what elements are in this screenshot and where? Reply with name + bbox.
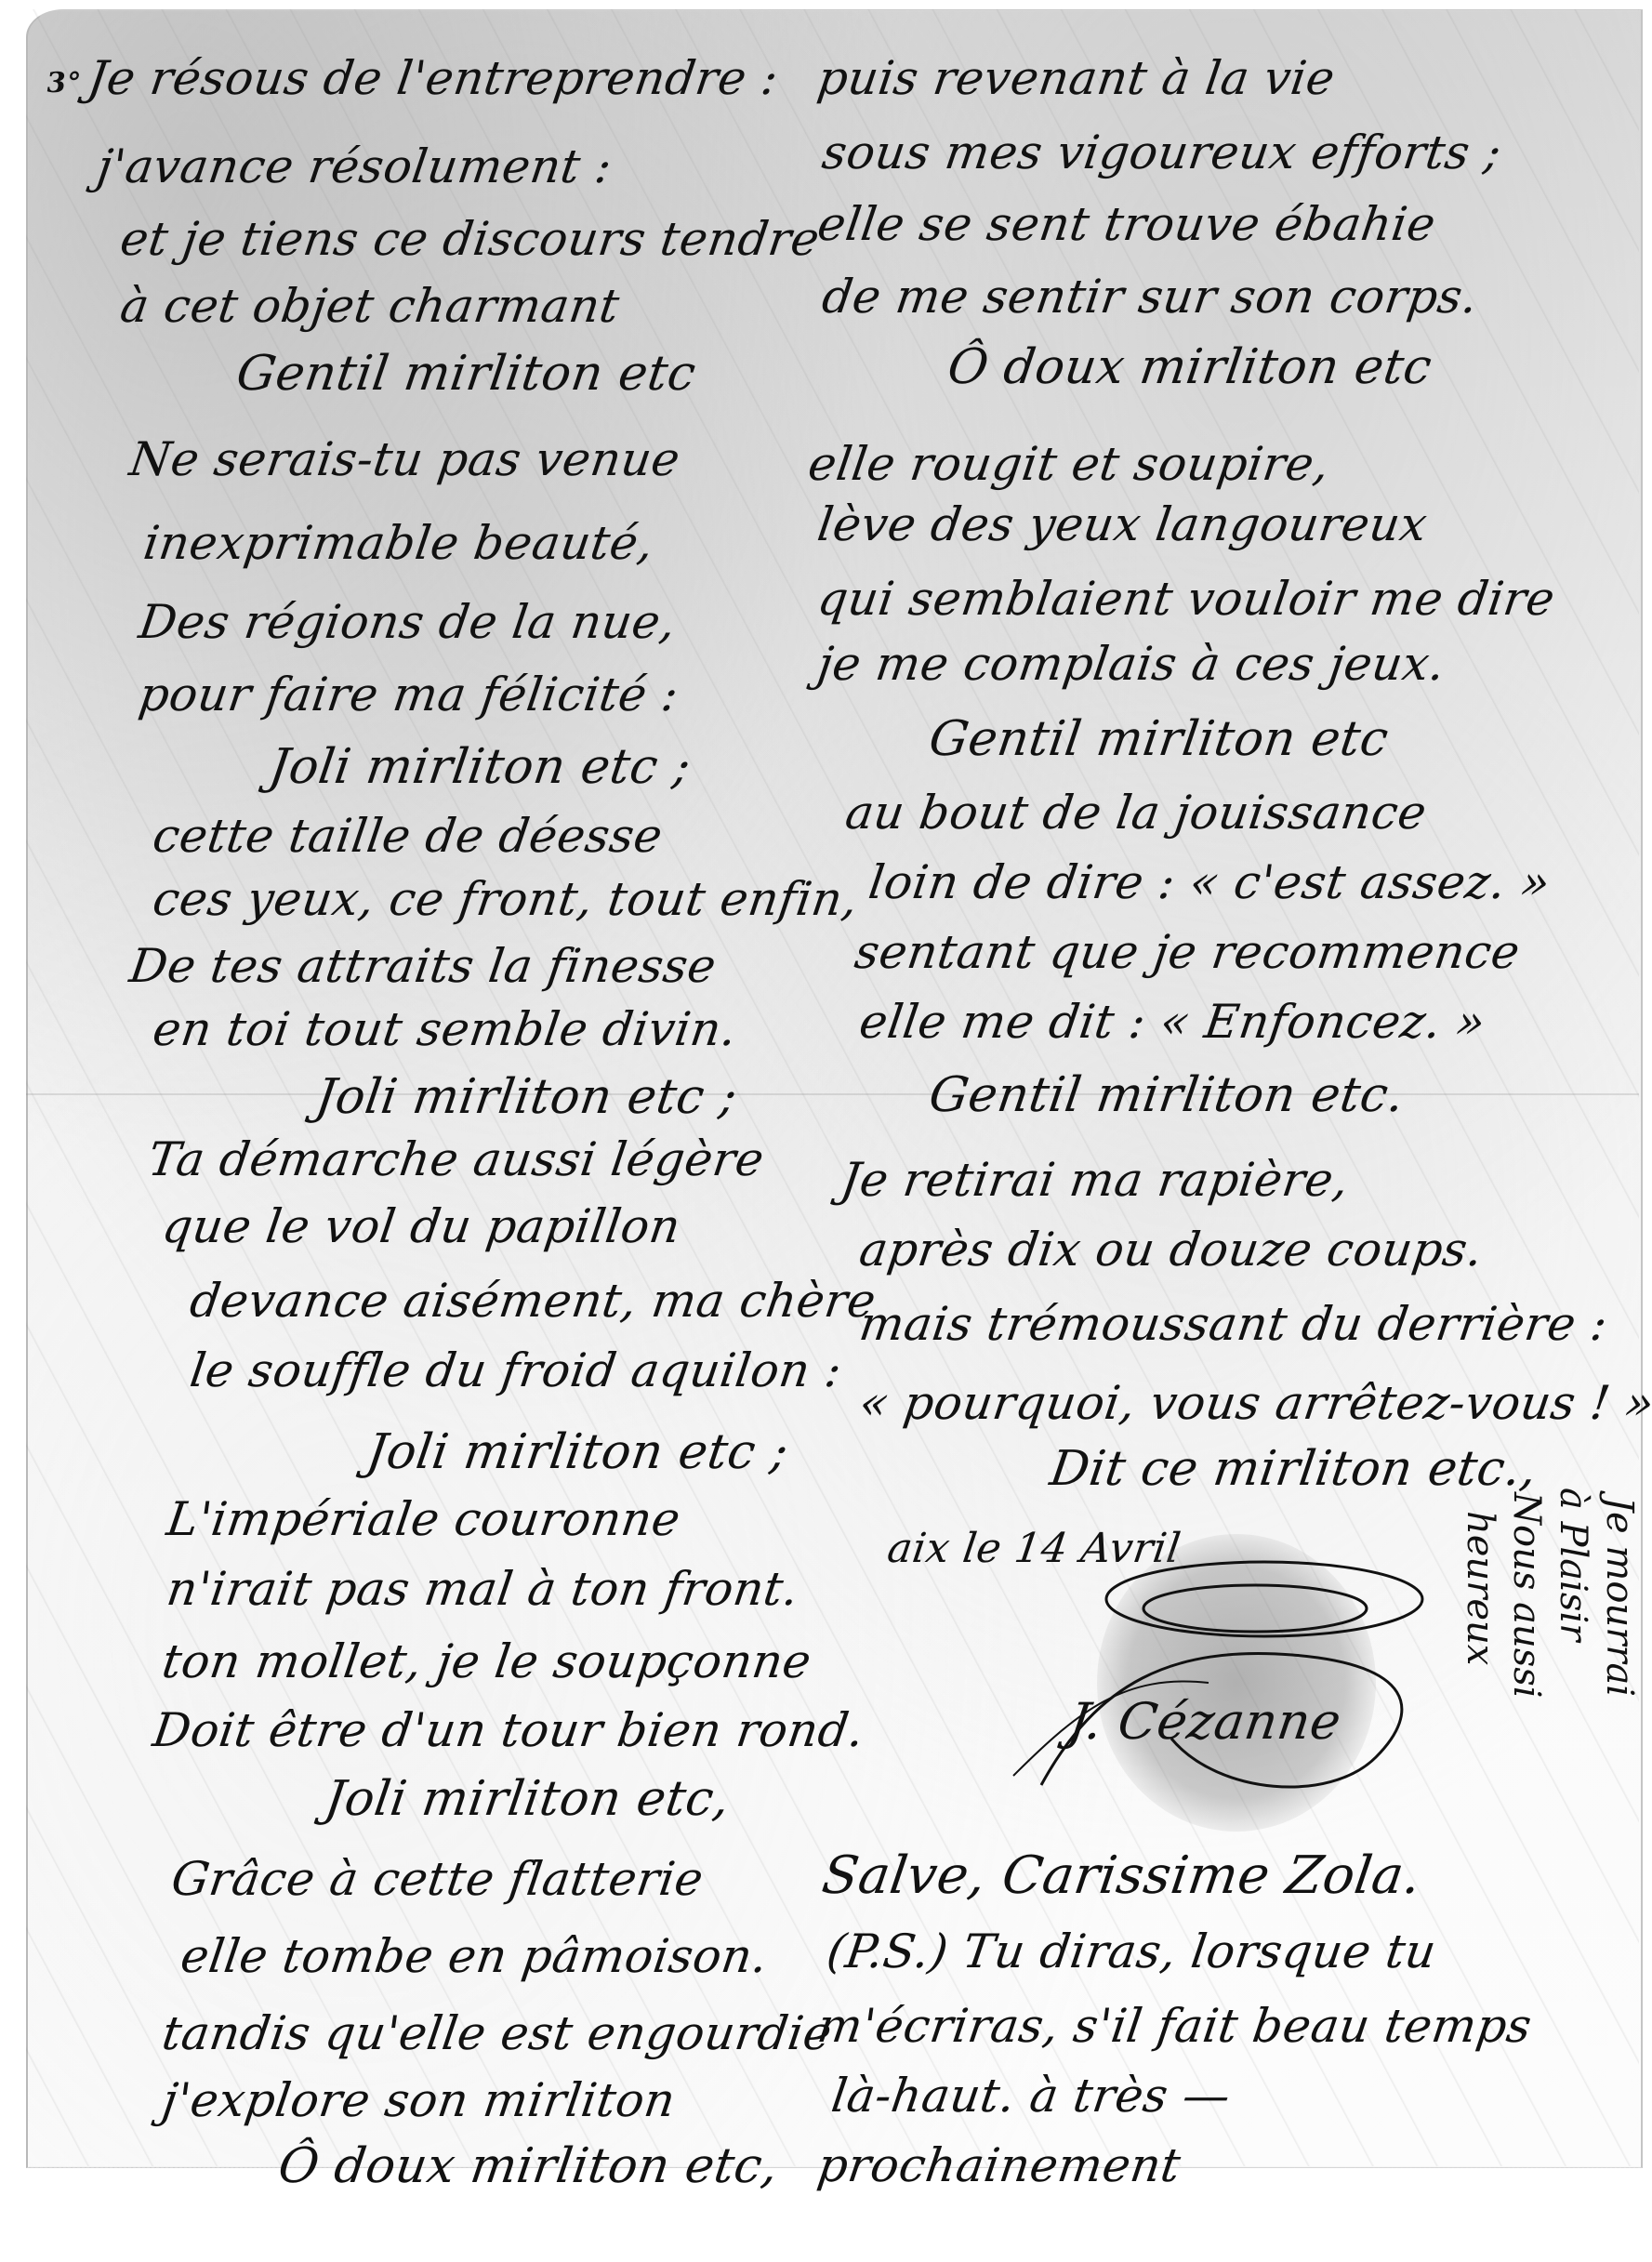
postscript-line: là-haut. à très — — [828, 2069, 1234, 2123]
postscript-greeting: Salve, Carissime Zola. — [818, 1845, 1424, 1906]
signature-flourish-icon — [985, 1543, 1469, 1804]
margin-note-line: heureux — [1459, 1511, 1501, 1665]
verse-line: puis revenant à la vie — [814, 51, 1339, 105]
refrain-line: Ô doux mirliton etc, — [275, 2138, 782, 2194]
refrain-line: Gentil mirliton etc. — [926, 1067, 1408, 1123]
refrain-line: Dit ce mirliton etc., — [1047, 1441, 1540, 1497]
verse-line: mais trémoussant du derrière : — [856, 1297, 1611, 1351]
verse-line: Ta démarche aussi légère — [145, 1132, 768, 1186]
postscript-line: prochainement — [814, 2138, 1184, 2192]
refrain-line: Joli mirliton etc ; — [363, 1424, 792, 1480]
verse-line: cette taille de déesse — [150, 809, 666, 863]
refrain-line: Ô doux mirliton etc — [945, 339, 1435, 395]
verse-line: lève des yeux langoureux — [814, 497, 1431, 551]
verse-line: elle se sent trouve ébahie — [814, 197, 1439, 251]
verse-line: elle rougit et soupire, — [805, 437, 1333, 491]
verse-line: pour faire ma félicité : — [136, 668, 682, 721]
refrain-line: Gentil mirliton etc — [233, 346, 700, 402]
verse-line: au bout de la jouissance — [842, 786, 1430, 840]
verse-line: ces yeux, ce front, tout enfin, — [150, 872, 862, 926]
verse-line: ton mollet, je le soupçonne — [159, 1634, 814, 1688]
verse-line: Ne serais-tu pas venue — [126, 432, 683, 486]
verse-line: en toi tout semble divin. — [150, 1002, 740, 1056]
verse-line: inexprimable beauté, — [140, 516, 657, 570]
postscript-line: (P.S.) Tu diras, lorsque tu — [824, 1925, 1440, 1978]
signature: J. Cézanne — [1065, 1692, 1345, 1751]
verse-line: je me complais à ces jeux. — [814, 637, 1448, 691]
verse-line: Doit être d'un tour bien rond. — [150, 1703, 867, 1757]
verse-line: le souffle du froid aquilon : — [187, 1343, 845, 1397]
refrain-line: Joli mirliton etc ; — [266, 739, 694, 795]
verse-line: j'avance résolument : — [94, 139, 615, 193]
refrain-line: Joli mirliton etc ; — [312, 1069, 741, 1125]
verse-line: à cet objet charmant — [117, 279, 623, 333]
verse-line: après dix ou douze coups. — [856, 1223, 1487, 1277]
verse-line: n'irait pas mal à ton front. — [164, 1562, 802, 1616]
verse-line: tandis qu'elle est engourdie — [159, 2006, 836, 2060]
verse-line: loin de dire : « c'est assez. » — [866, 855, 1553, 909]
margin-note-line: Je mourrai — [1598, 1497, 1641, 1697]
verse-line: elle me dit : « Enfoncez. » — [856, 995, 1489, 1049]
verse-line: et je tiens ce discours tendre — [117, 212, 823, 266]
verse-line: elle tombe en pâmoison. — [178, 1929, 772, 1983]
postscript-line: m'écriras, s'il fait beau temps — [814, 1999, 1535, 2053]
verse-line: que le vol du papillon — [159, 1199, 684, 1253]
verse-line: j'explore son mirliton — [159, 2073, 679, 2127]
verse-line: sentant que je recommence — [852, 925, 1524, 979]
verse-line: Je résous de l'entreprendre : — [85, 51, 782, 105]
verse-line: sous mes vigoureux efforts ; — [819, 126, 1505, 179]
refrain-line: Joli mirliton etc, — [322, 1771, 733, 1827]
verse-line: De tes attraits la finesse — [126, 939, 720, 993]
margin-note-line: à Plaisir — [1552, 1488, 1594, 1641]
verse-line: Des régions de la nue, — [136, 595, 680, 649]
verse-line: qui semblaient vouloir me dire — [814, 572, 1558, 626]
verse-line: Grâce à cette flatterie — [168, 1852, 707, 1906]
refrain-line: Gentil mirliton etc — [926, 711, 1393, 767]
verse-line: Je retirai ma rapière, — [838, 1153, 1353, 1207]
margin-note-line: Nous aussi — [1505, 1492, 1548, 1699]
verse-line: L'impériale couronne — [164, 1492, 684, 1546]
verse-line: « pourquoi, vous arrêtez-vous ! » — [856, 1376, 1652, 1430]
verse-line: devance aisément, ma chère — [187, 1274, 879, 1328]
verse-line: de me sentir sur son corps. — [819, 270, 1481, 324]
verse-marker: 3° — [45, 67, 84, 99]
